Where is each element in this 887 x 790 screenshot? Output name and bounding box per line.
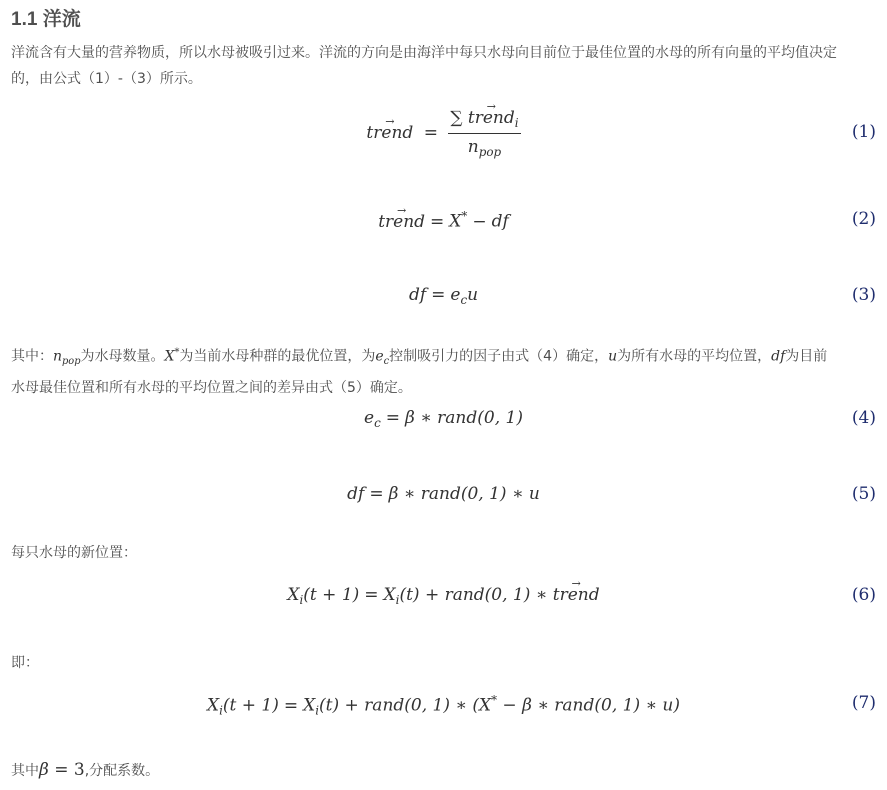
equation-6: Xi(t + 1)=Xi(t) + rand(0, 1) ∗ trend (6) — [0, 585, 887, 609]
equation-number: (4) — [852, 408, 876, 428]
ie-label: 即： — [11, 650, 877, 676]
new-position-label: 每只水母的新位置： — [11, 540, 877, 566]
intro-paragraph: 洋流含有大量的营养物质，所以水母被吸引过来。洋流的方向是由海洋中每只水母向目前位… — [11, 40, 877, 92]
intro-line-2: 的，由公式（1）-（3）所示。 — [11, 71, 202, 87]
beta-note: 其中β = 3,分配系数。 — [11, 757, 877, 784]
equation-number: (3) — [852, 285, 876, 305]
equation-number: (2) — [852, 209, 876, 229]
definitions-paragraph: 其中：npop为水母数量。X*为当前水母种群的最优位置，为ec控制吸引力的因子由… — [11, 340, 877, 401]
trend-vector: trend — [366, 123, 413, 143]
intro-line-1: 洋流含有大量的营养物质，所以水母被吸引过来。洋流的方向是由海洋中每只水母向目前位… — [11, 45, 837, 61]
equation-5: df=β ∗ rand(0, 1) ∗ u (5) — [0, 484, 887, 508]
equation-number: (5) — [852, 484, 876, 504]
equation-number: (7) — [852, 693, 876, 713]
section-title: 1.1 洋流 — [11, 4, 81, 31]
equation-4: ec=β ∗ rand(0, 1) (4) — [0, 408, 887, 432]
equation-number: (6) — [852, 585, 876, 605]
equation-7: Xi(t + 1)=Xi(t) + rand(0, 1) ∗ (X* − β ∗… — [0, 693, 887, 717]
equation-1: trend = ∑ trendi npop (1) — [0, 108, 887, 158]
equation-3: df=ecu (3) — [0, 285, 887, 309]
equation-number: (1) — [852, 122, 876, 142]
equation-2: trend=X*−df (2) — [0, 209, 887, 233]
fraction: ∑ trendi npop — [448, 108, 520, 159]
